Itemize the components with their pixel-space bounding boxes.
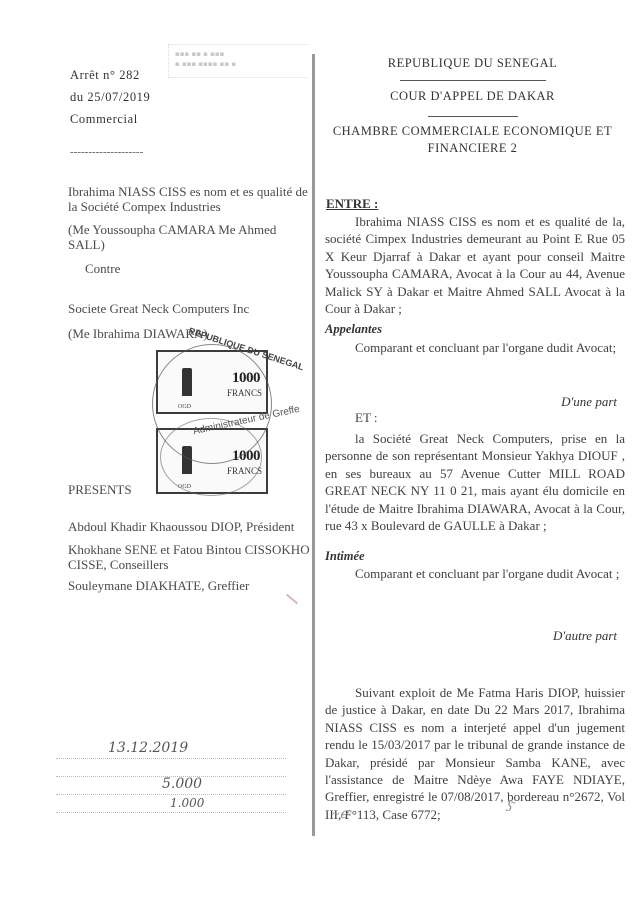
handwritten-date: 13.12.2019 bbox=[108, 740, 188, 756]
chamber-heading: CHAMBRE COMMERCIALE ECONOMIQUE ET FINANC… bbox=[320, 123, 625, 157]
respondent-appearance: Comparant et concluant par l'organe dudi… bbox=[325, 565, 625, 582]
appellants-label: Appelantes bbox=[325, 322, 382, 337]
handwritten-value: 1.000 bbox=[170, 796, 204, 810]
initial-signature-icon: ~ℯ bbox=[332, 806, 348, 823]
case-chamber-type: Commercial bbox=[70, 108, 150, 130]
respondent-paragraph: la Société Great Neck Computers, prise e… bbox=[325, 430, 625, 534]
procedure-paragraph: Suivant exploit de Me Fatma Haris DIOP, … bbox=[325, 684, 625, 823]
court-heading: COUR D'APPEL DE DAKAR bbox=[320, 89, 625, 104]
respondent-label: Intimée bbox=[325, 549, 365, 564]
judge-president: Abdoul Khadir Khaoussou DIOP, Président bbox=[68, 519, 318, 534]
appellant-paragraph: Ibrahima NIASS CISS es nom et es qualité… bbox=[325, 213, 625, 317]
case-date: du 25/07/2019 bbox=[70, 86, 150, 108]
handwritten-value: 5.000 bbox=[162, 776, 202, 792]
column-divider bbox=[312, 54, 315, 836]
court-clerk: Souleymane DIAKHATE, Greffier bbox=[68, 578, 249, 593]
presents-label: PRESENTS bbox=[68, 482, 132, 497]
initial-signature-icon: ʖ͂ bbox=[506, 800, 512, 816]
case-reference: Arrêt n° 282 du 25/07/2019 Commercial bbox=[70, 64, 150, 130]
heading-rule bbox=[400, 80, 546, 81]
first-party-label: D'une part bbox=[561, 394, 617, 410]
versus-label: Contre bbox=[85, 261, 120, 276]
separator: -------------------- bbox=[70, 146, 143, 158]
registration-receipt: 13.12.2019 5.000 1.000 bbox=[56, 740, 286, 832]
appellant-name: Ibrahima NIASS CISS es nom et es qualité… bbox=[68, 184, 313, 214]
judge-counsellors: Khokhane SENE et Fatou Bintou CISSOKHO C… bbox=[68, 542, 318, 572]
case-number: Arrêt n° 282 bbox=[70, 64, 150, 86]
respondent-name: Societe Great Neck Computers Inc bbox=[68, 301, 249, 316]
second-party-label: D'autre part bbox=[553, 628, 617, 644]
heading-rule bbox=[428, 116, 518, 117]
faint-registry-stamp: ▪▪▪ ▪▪ ▪ ▪▪▪▪ ▪▪▪ ▪▪▪▪ ▪▪ ▪ bbox=[168, 44, 308, 78]
appellant-counsel: (Me Youssoupha CAMARA Me Ahmed SALL) bbox=[68, 222, 313, 252]
country-heading: REPUBLIQUE DU SENEGAL bbox=[320, 56, 625, 71]
appellants-appearance: Comparant et concluant par l'organe dudi… bbox=[325, 339, 625, 356]
and-label: ET : bbox=[355, 410, 378, 426]
pen-mark bbox=[286, 594, 298, 605]
between-label: ENTRE : bbox=[326, 196, 378, 212]
